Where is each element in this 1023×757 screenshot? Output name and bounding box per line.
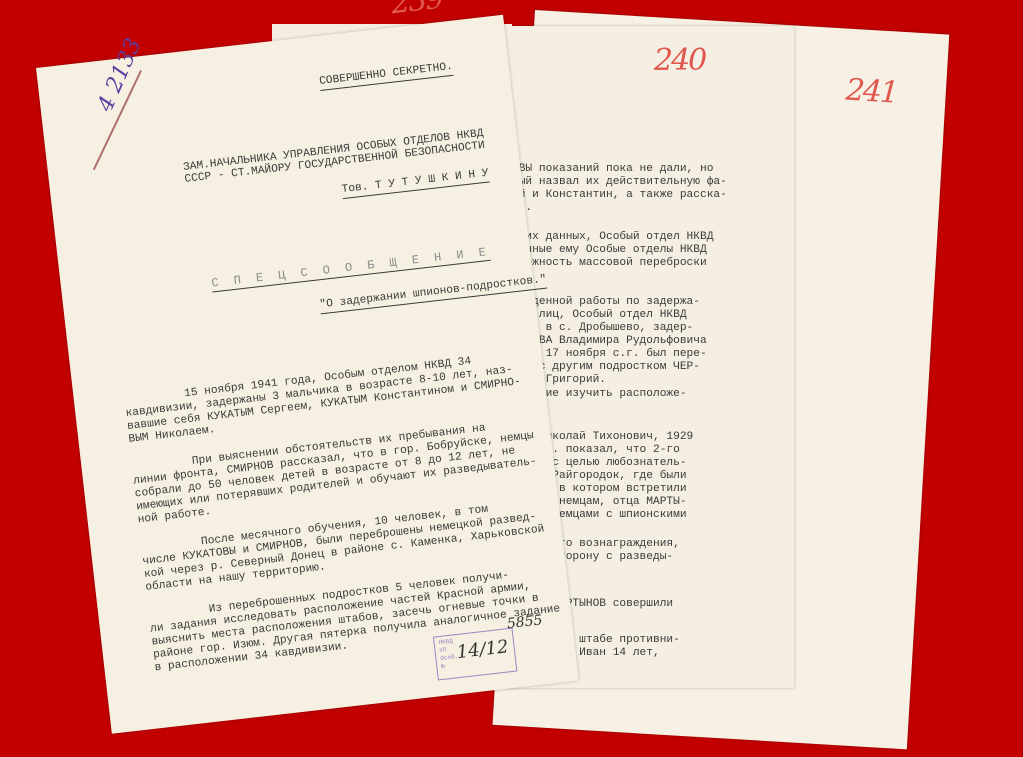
text-line: ий и Константин, а также расска- [512, 189, 727, 202]
paragraph: 15 ноября 1941 года, Особым отделом НКВД… [36, 15, 503, 68]
text-line: ОВЫ показаний пока не дали, но [512, 163, 713, 176]
stamp-handwritten-date: 14/12 [456, 640, 509, 659]
text-line: ТЫНОВА Владимира Рудольфовича [512, 335, 707, 348]
paragraph: Из переброшенных подростков 5 человек по… [36, 15, 503, 68]
text-line: этих данных, Особый отдел НКВД [512, 231, 713, 244]
folio-number: 239 [390, 0, 442, 10]
text-line: рии лиц, Особый отдел НКВД [512, 309, 687, 322]
document-page-239: 4 2133 239 СОВЕРШЕННО СЕКРЕТНО. ЗАМ.НАЧА… [36, 15, 579, 734]
folio-number: 240 [654, 54, 705, 67]
paragraph: При выяснении обстоятельств их пребывани… [36, 15, 503, 68]
paragraph: После месячного обучения, 10 человек, в … [36, 15, 503, 68]
text-line: рый назвал их действительную фа- [512, 176, 727, 189]
text-line: зможность массовой переброски [512, 257, 707, 270]
text-line: оведенной работы по задержа- [512, 296, 700, 309]
archive-margin-note: 4 2133 [99, 37, 142, 113]
text-line: ненные ему Особые отделы НКВД [512, 244, 707, 257]
stamp-handwritten-number: 5855 [506, 614, 543, 631]
classification-label: СОВЕРШЕННО СЕКРЕТНО. [319, 61, 454, 91]
folio-number: 241 [845, 84, 897, 100]
addressee-name: Тов. Т У Т У Ш К И Н У [341, 167, 489, 199]
subject-line: "О задержании шпионов-подростков." [319, 274, 547, 315]
